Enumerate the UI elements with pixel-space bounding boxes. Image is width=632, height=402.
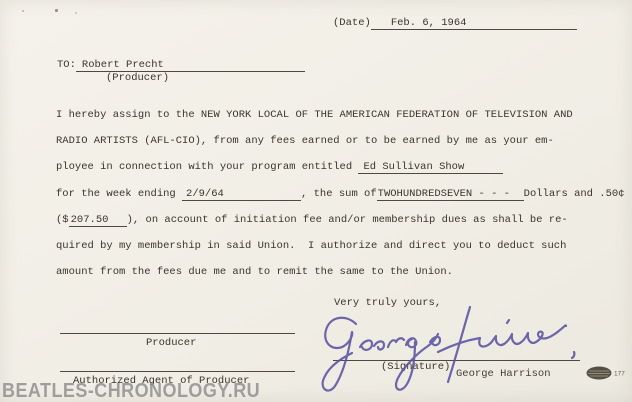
recipient-name: Robert Precht — [76, 59, 305, 72]
to-label: TO: — [57, 59, 76, 71]
document-page: (Date)Feb. 6, 1964 TO:Robert Precht (Pro… — [0, 0, 632, 402]
producer-label: Producer — [146, 337, 196, 350]
body-line-3-prefix: ployee in connection with your program e… — [56, 161, 358, 173]
producer-signature-line — [60, 333, 295, 334]
body-line-3: ployee in connection with your program e… — [56, 161, 503, 174]
amount-cents-value: .50¢ — [599, 188, 624, 200]
recipient-row: TO:Robert Precht — [57, 59, 305, 72]
union-printing-bug: 177 — [586, 364, 630, 382]
scan-speck — [22, 10, 24, 12]
scan-speck — [75, 12, 77, 14]
week-ending-value: 2/9/64 — [182, 188, 301, 201]
body-line-5: ($207.50), on account of initiation fee … — [56, 214, 568, 227]
date-value: Feb. 6, 1964 — [371, 17, 577, 30]
union-bug-number: 177 — [614, 371, 625, 378]
body-line-4: for the week ending 2/9/64, the sum ofTW… — [56, 188, 625, 201]
body-line-4-prefix: for the week ending — [56, 188, 182, 200]
handwritten-signature — [308, 302, 580, 400]
amount-numeric-value: 207.50 — [69, 214, 127, 227]
recipient-role-label: (Producer) — [106, 72, 169, 85]
body-line-5-open: ($ — [56, 214, 69, 226]
site-watermark: BEATLES-CHRONOLOGY.RU — [2, 381, 260, 401]
body-line-4-mid: , the sum of — [301, 188, 377, 200]
date-label: (Date) — [333, 17, 371, 29]
authorized-agent-signature-line — [60, 371, 295, 372]
amount-words-value: TWOHUNDREDSEVEN - - - — [377, 188, 524, 201]
body-line-4-suffix: Dollars and — [524, 188, 600, 200]
body-line-2: RADIO ARTISTS (AFL-CIO), from any fees e… — [56, 135, 554, 148]
body-line-5-rest: ), on account of initiation fee and/or m… — [127, 214, 568, 226]
date-row: (Date)Feb. 6, 1964 — [333, 17, 577, 30]
body-line-7: amount from the fees due me and to remit… — [56, 266, 453, 279]
body-line-6: quired by my membership in said Union. I… — [56, 240, 566, 253]
body-line-1: I hereby assign to the NEW YORK LOCAL OF… — [56, 109, 573, 122]
program-title-value: Ed Sullivan Show — [358, 161, 503, 174]
scan-speck — [55, 9, 58, 12]
